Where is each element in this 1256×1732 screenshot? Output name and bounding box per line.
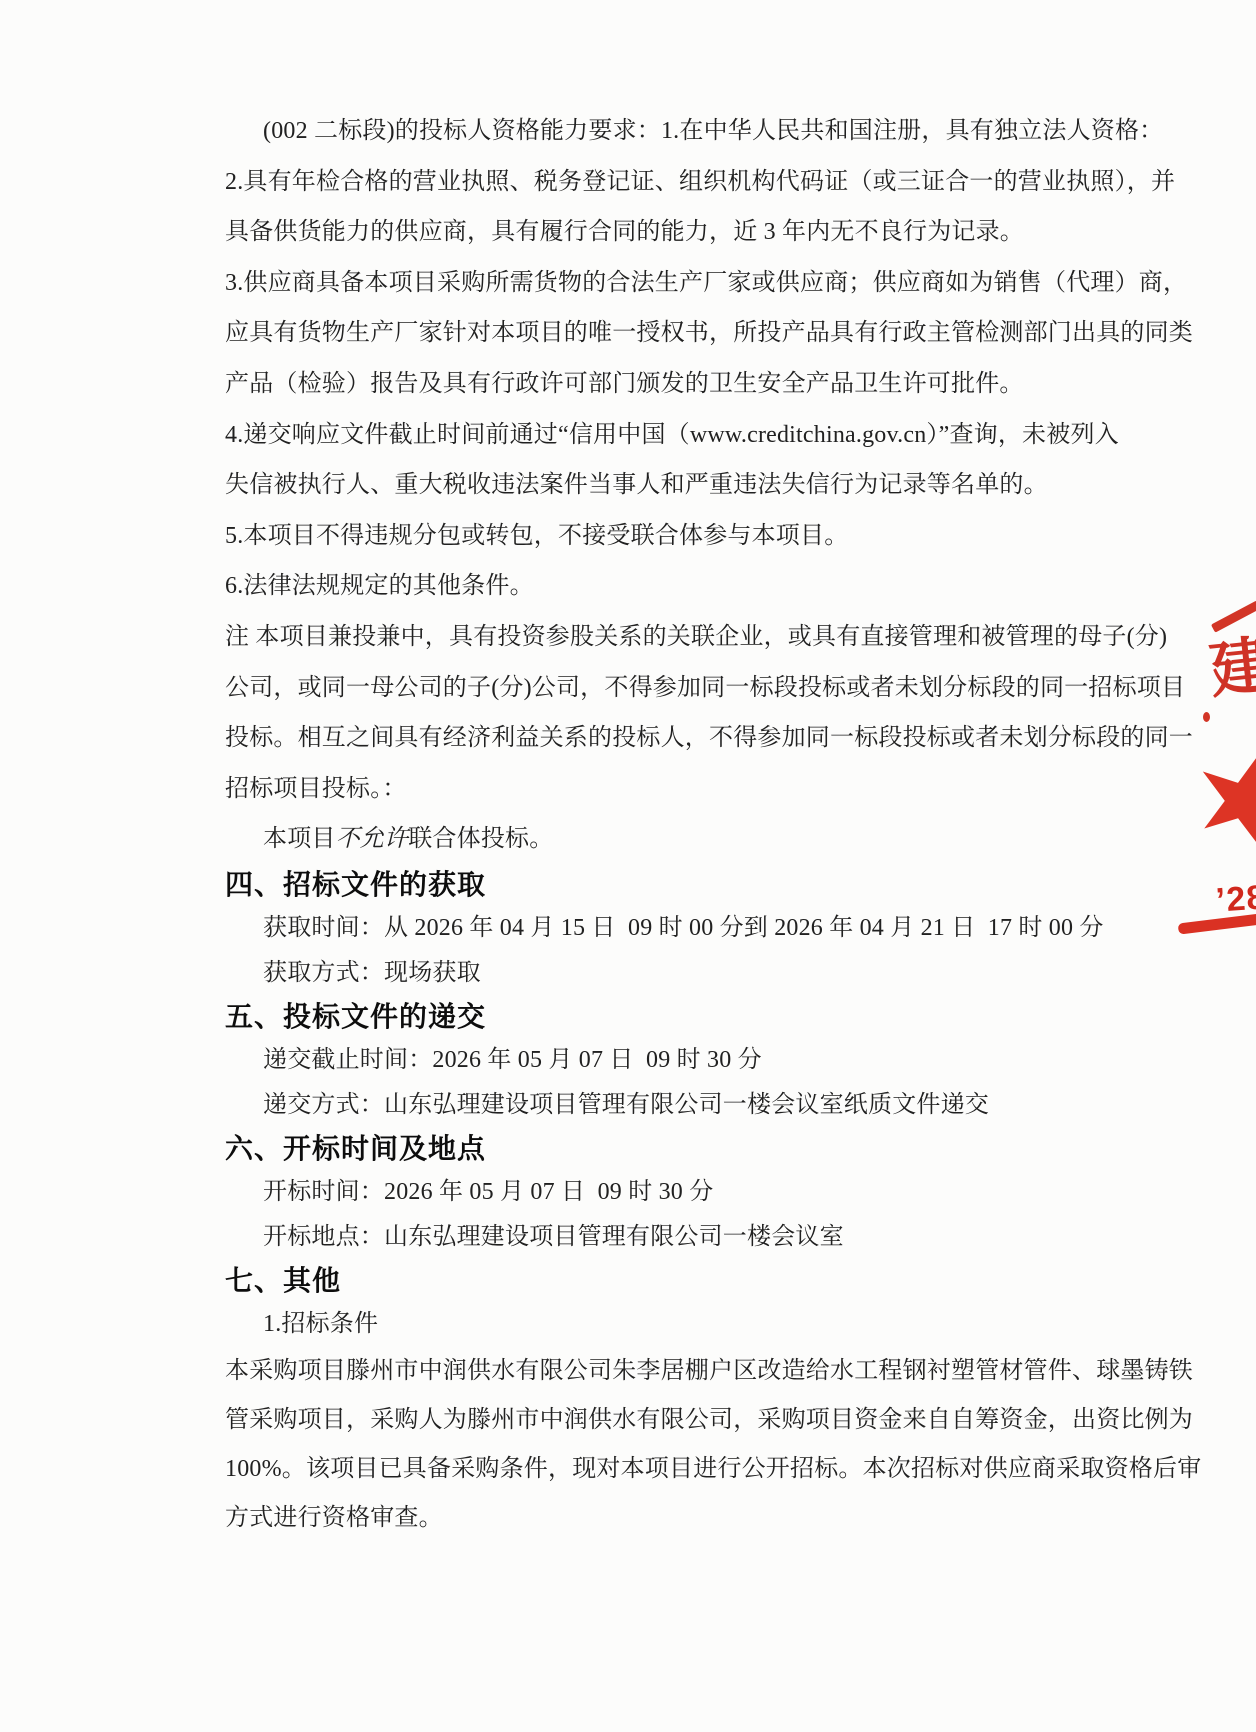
qualification-line: 2.具有年检合格的营业执照、税务登记证、组织机构代码证（或三证合一的营业执照），…: [225, 157, 1040, 208]
qualification-line: 失信被执行人、重大税收违法案件当事人和严重违法失信行为记录等名单的。: [225, 460, 1040, 511]
tender-conditions-label: 1.招标条件: [225, 1302, 1040, 1347]
qualification-note-line: 投标。相互之间具有经济利益关系的投标人，不得参加同一标段投标或者未划分标段的同一: [225, 713, 1040, 764]
qualification-line: 具备供货能力的供应商，具有履行合同的能力，近 3 年内无不良行为记录。: [225, 207, 1040, 258]
seal-star-icon: [1182, 739, 1256, 861]
closing-paragraph-line: 本采购项目滕州市中润供水有限公司朱李居棚户区改造给水工程钢衬塑管材管件、球墨铸铁: [225, 1347, 1040, 1396]
submission-method-line: 递交方式：山东弘理建设项目管理有限公司一楼会议室纸质文件递交: [225, 1083, 1040, 1128]
opening-time-line: 开标时间：2026 年 05 月 07 日 09 时 30 分: [225, 1170, 1040, 1215]
qualification-line: 5.本项目不得违规分包或转包，不接受联合体参与本项目。: [225, 511, 1040, 562]
qualification-line: 应具有货物生产厂家针对本项目的唯一授权书，所投产品具有行政主管检测部门出具的同类: [225, 308, 1040, 359]
obtain-method-line: 获取方式：现场获取: [225, 951, 1040, 996]
seal-character-fragment: 建: [1207, 635, 1256, 703]
section-heading-document-obtain: 四、招标文件的获取: [225, 864, 1040, 906]
qualification-line: (002 二标段)的投标人资格能力要求：1.在中华人民共和国注册，具有独立法人资…: [225, 106, 1040, 157]
section-heading-other: 七、其他: [225, 1260, 1040, 1302]
qualification-line: 6.法律法规规定的其他条件。: [225, 561, 1040, 612]
qualification-note-line: 注 本项目兼投兼中，具有投资参股关系的关联企业，或具有直接管理和被管理的母子(分…: [225, 612, 1040, 663]
qualification-line: 3.供应商具备本项目采购所需货物的合法生产厂家或供应商；供应商如为销售（代理）商…: [225, 258, 1040, 309]
seal-dot-fragment: [1203, 712, 1210, 722]
closing-paragraph-line: 方式进行资格审查。: [225, 1494, 1040, 1543]
scanned-document-page: (002 二标段)的投标人资格能力要求：1.在中华人民共和国注册，具有独立法人资…: [0, 0, 1256, 1732]
closing-paragraph-line: 100%。该项目已具备采购条件，现对本项目进行公开招标。本次招标对供应商采取资格…: [225, 1445, 1040, 1494]
document-body: (002 二标段)的投标人资格能力要求：1.在中华人民共和国注册，具有独立法人资…: [0, 0, 1040, 1543]
consortium-notice-suffix: 联合体投标。: [408, 826, 553, 852]
section-heading-bid-submission: 五、投标文件的递交: [225, 996, 1040, 1038]
obtain-time-line: 获取时间：从 2026 年 04 月 15 日 09 时 00 分到 2026 …: [225, 906, 1040, 951]
qualification-note-line: 公司，或同一母公司的子(分)公司，不得参加同一标段投标或者未划分标段的同一招标项…: [225, 663, 1040, 714]
qualification-line: 4.递交响应文件截止时间前通过“信用中国（www.creditchina.gov…: [225, 410, 1040, 461]
qualification-note-line: 招标项目投标。：: [225, 764, 1040, 815]
consortium-notice-emphasis: 不允许: [336, 826, 409, 852]
qualification-line: 产品（检验）报告及具有行政许可部门颁发的卫生安全产品卫生许可批件。: [225, 359, 1040, 410]
consortium-notice-line: 本项目不允许联合体投标。: [225, 814, 1040, 864]
seal-stroke-fragment: [1211, 600, 1256, 632]
consortium-notice-prefix: 本项目: [263, 826, 336, 852]
closing-paragraph-line: 管采购项目，采购人为滕州市中润供水有限公司，采购项目资金来自自筹资金，出资比例为: [225, 1396, 1040, 1445]
opening-location-line: 开标地点：山东弘理建设项目管理有限公司一楼会议室: [225, 1215, 1040, 1260]
submission-deadline-line: 递交截止时间：2026 年 05 月 07 日 09 时 30 分: [225, 1038, 1040, 1083]
section-heading-bid-opening: 六、开标时间及地点: [225, 1128, 1040, 1170]
